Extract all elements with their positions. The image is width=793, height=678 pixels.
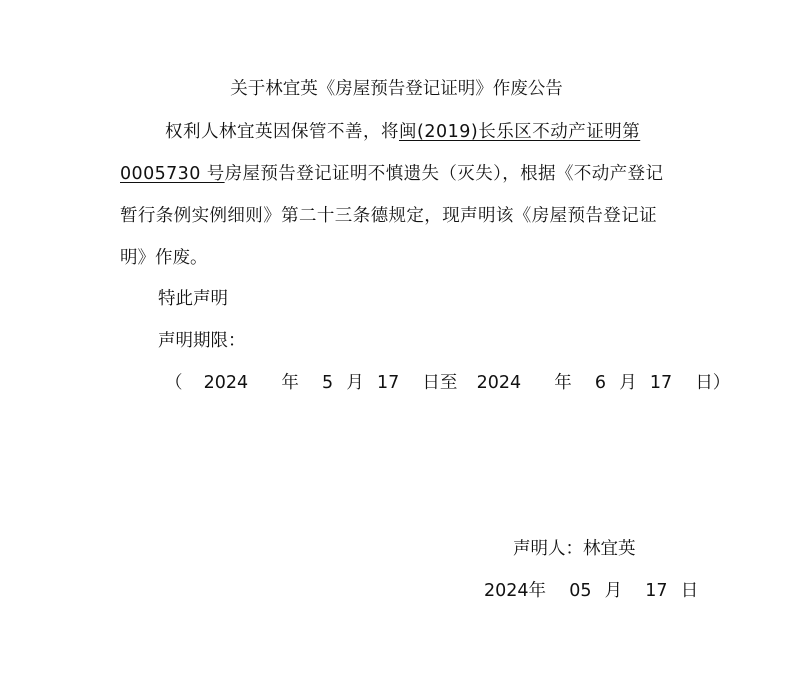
body-line-3: 暂行条例实例细则》第二十三条德规定，现声明该《房屋预告登记证 xyxy=(120,205,657,227)
closing-statement: 特此声明 xyxy=(158,288,228,310)
body-line-4: 明》作废。 xyxy=(120,247,208,269)
month-char: 月 xyxy=(619,373,637,393)
start-year: 2024 xyxy=(204,373,249,393)
body-text: 房屋预告登记证明不慎遗失（灭失），根据《不动产登记 xyxy=(225,164,664,184)
signature: 声明人：林宜英 xyxy=(513,538,636,560)
year-char: 年 xyxy=(554,373,572,393)
sign-year: 2024 xyxy=(484,581,529,601)
end-year: 2024 xyxy=(477,373,522,393)
certificate-number: 闽(2019)长乐区不动产证明第 xyxy=(399,122,640,142)
period-label: 声明期限： xyxy=(158,330,246,352)
sign-date: 2024年 05 月 17 日 xyxy=(484,580,698,602)
month-char: 月 xyxy=(605,581,623,601)
body-text: 权利人林宜英因保管不善，将 xyxy=(165,122,399,142)
document-title: 关于林宜英《房屋预告登记证明》作废公告 xyxy=(0,78,793,100)
period-close: 日） xyxy=(695,373,730,393)
day-char: 日 xyxy=(681,581,699,601)
sign-month: 05 xyxy=(569,581,591,601)
body-line-1: 权利人林宜英因保管不善，将闽(2019)长乐区不动产证明第 xyxy=(165,121,640,143)
body-line-2: 0005730 号房屋预告登记证明不慎遗失（灭失），根据《不动产登记 xyxy=(120,163,663,185)
year-char: 年 xyxy=(281,373,299,393)
end-day: 17 xyxy=(650,373,672,393)
start-month: 5 xyxy=(322,373,333,393)
period-open: （ xyxy=(165,373,183,393)
day-to: 日至 xyxy=(422,373,457,393)
start-day: 17 xyxy=(377,373,399,393)
certificate-number-cont: 0005730 号 xyxy=(120,164,225,184)
sign-day: 17 xyxy=(645,581,667,601)
month-char: 月 xyxy=(346,373,364,393)
end-month: 6 xyxy=(595,373,606,393)
year-char: 年 xyxy=(529,581,547,601)
period-range: （ 2024 年 5 月 17 日至 2024 年 6 月 17 日） xyxy=(165,372,730,394)
